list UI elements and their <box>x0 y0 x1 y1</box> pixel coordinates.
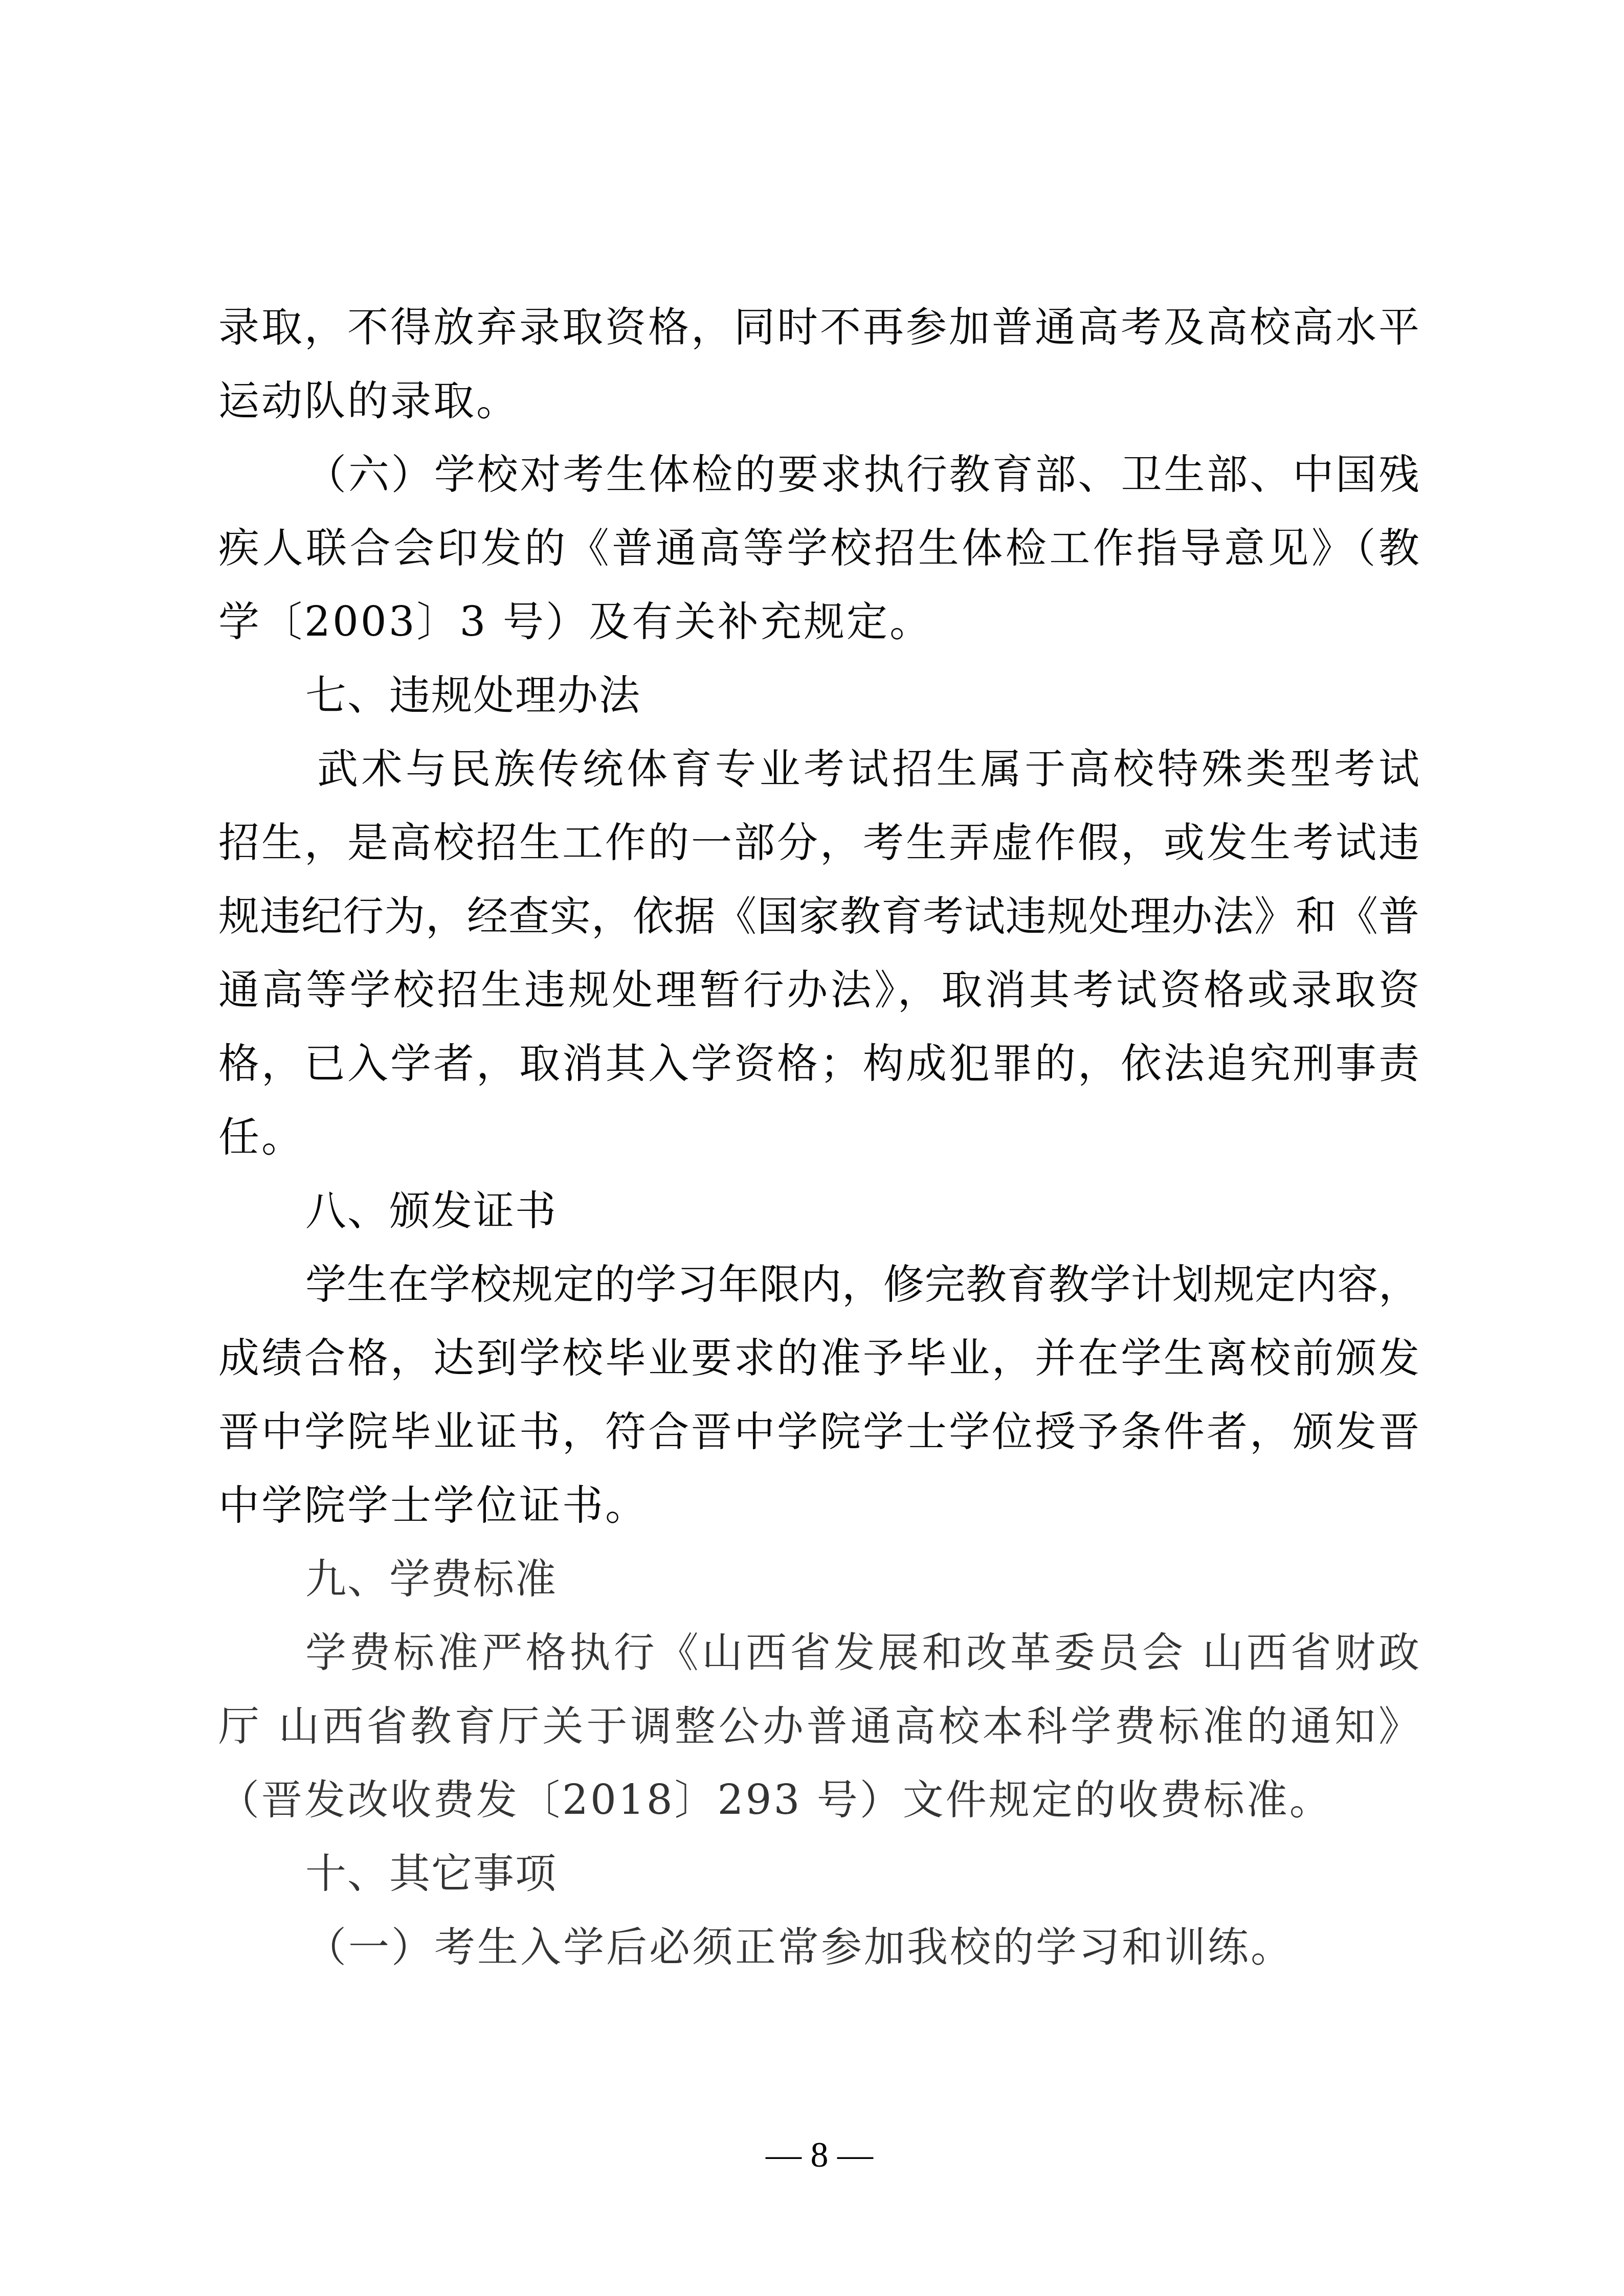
paragraph-line: 疾人联合会印发的《普通高等学校招生体检工作指导意见》（教 <box>218 523 1419 574</box>
paragraph-line: 武术与民族传统体育专业考试招生属于高校特殊类型考试 <box>317 744 1419 795</box>
paragraph-line: 成绩合格，达到学校毕业要求的准予毕业，并在学生离校前颁发 <box>218 1333 1419 1384</box>
paragraph-line: 运动队的录取。 <box>218 375 1419 426</box>
section-heading-10: 十、其它事项 <box>305 1848 1419 1899</box>
paragraph-line: 学生在学校规定的学习年限内，修完教育教学计划规定内容， <box>305 1259 1419 1310</box>
paragraph-line: 学费标准严格执行《山西省发展和改革委员会 山西省财政 <box>305 1627 1419 1678</box>
paragraph-line: 招生，是高校招生工作的一部分，考生弄虚作假，或发生考试违 <box>218 817 1419 868</box>
paragraph-line: （一）考生入学后必须正常参加我校的学习和训练。 <box>305 1922 1419 1973</box>
paragraph-line: 规违纪行为，经查实，依据《国家教育考试违规处理办法》和《普 <box>218 891 1419 942</box>
paragraph-line: （晋发改收费发〔2018〕293 号）文件规定的收费标准。 <box>218 1774 1419 1826</box>
document-page: 录取，不得放弃录取资格，同时不再参加普通高考及高校高水平 运动队的录取。 （六）… <box>0 0 1624 2296</box>
section-heading-9: 九、学费标准 <box>305 1554 1419 1605</box>
page-number: — 8 — <box>761 2132 878 2178</box>
paragraph-line: 晋中学院毕业证书，符合晋中学院学士学位授予条件者，颁发晋 <box>218 1406 1419 1457</box>
paragraph-line: 任。 <box>218 1112 1419 1163</box>
paragraph-line: 学〔2003〕3 号）及有关补充规定。 <box>218 596 1419 647</box>
paragraph-line: 格，已入学者，取消其入学资格；构成犯罪的，依法追究刑事责 <box>218 1038 1419 1089</box>
section-heading-7: 七、违规处理办法 <box>305 670 1419 721</box>
paragraph-line: 中学院学士学位证书。 <box>218 1480 1419 1531</box>
paragraph-line: 录取，不得放弃录取资格，同时不再参加普通高考及高校高水平 <box>218 302 1419 353</box>
paragraph-line: 厅 山西省教育厅关于调整公办普通高校本科学费标准的通知》 <box>218 1701 1419 1752</box>
paragraph-line: （六）学校对考生体检的要求执行教育部、卫生部、中国残 <box>305 449 1419 500</box>
section-heading-8: 八、颁发证书 <box>305 1185 1419 1236</box>
paragraph-line: 通高等学校招生违规处理暂行办法》，取消其考试资格或录取资 <box>218 964 1419 1016</box>
